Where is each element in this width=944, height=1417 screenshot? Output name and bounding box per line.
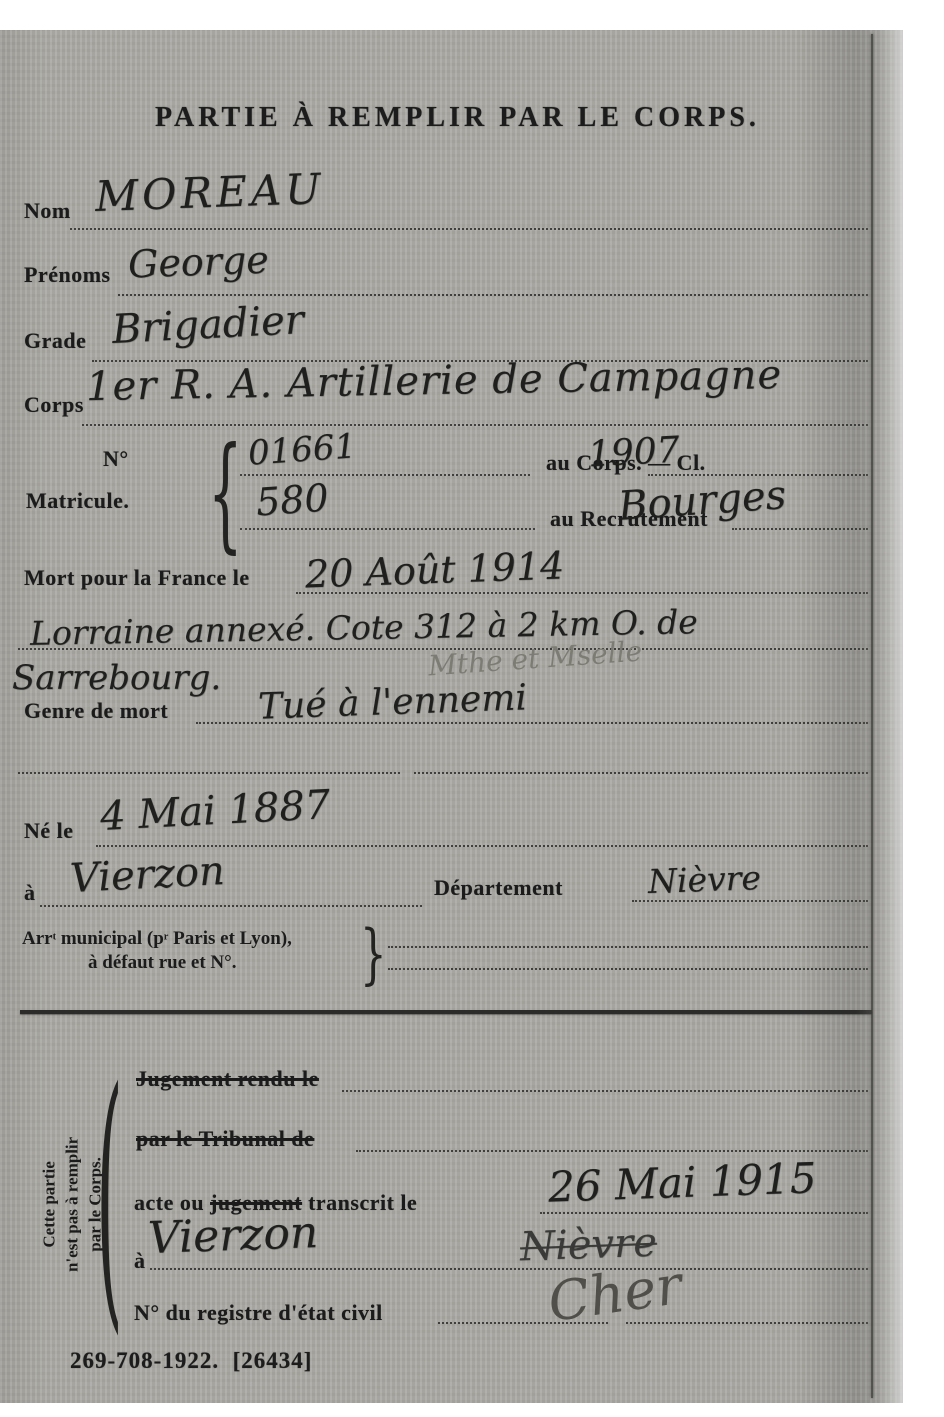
civil-a-label: à — [134, 1248, 146, 1274]
ne-a-dotted — [40, 905, 422, 907]
civil-a-dotted — [150, 1268, 868, 1270]
departement-label: Département — [434, 875, 563, 901]
matricule-corps-dotted — [240, 474, 530, 476]
prenoms-dotted-line — [118, 294, 868, 296]
matricule-label-no: N° — [103, 446, 129, 472]
matricule-label: Matricule. — [26, 488, 129, 514]
matricule-recrutement-dotted — [240, 528, 535, 530]
jugement-rendu-dotted — [342, 1090, 868, 1092]
registre-dotted-right — [626, 1322, 868, 1324]
transcrit-date-handwritten: 26 Mai 1915 — [547, 1153, 817, 1211]
matricule-corps-handwritten: 01661 — [247, 426, 358, 473]
tribunal-dotted — [356, 1150, 868, 1152]
prenoms-label: Prénoms — [24, 262, 111, 288]
genre-de-mort-label: Genre de mort — [24, 698, 168, 724]
registre-label: N° du registre d'état civil — [134, 1300, 383, 1326]
recrutement-lieu-dotted — [732, 528, 868, 530]
side-note-line1: Cette partie — [39, 1079, 62, 1329]
corps-dotted-line — [82, 424, 868, 426]
corps-label: Corps — [24, 392, 84, 418]
footer-bracket-number: [26434] — [233, 1348, 313, 1373]
prenoms-handwritten: George — [127, 238, 269, 287]
classe-handwritten: 1907 — [587, 430, 681, 476]
departement-handwritten: Nièvre — [647, 858, 761, 901]
mort-label: Mort pour la France le — [24, 565, 250, 591]
registre-dotted-left — [438, 1322, 608, 1324]
civil-a-handwritten: Vierzon — [147, 1207, 319, 1264]
empty-dotted-left — [18, 772, 400, 774]
transcrit-dotted — [540, 1212, 868, 1214]
footer-reference: 269-708-1922. [26434] — [70, 1348, 312, 1374]
ne-a-label: à — [24, 880, 36, 906]
scanned-death-record: PARTIE À REMPLIR PAR LE CORPS. Nom MOREA… — [0, 0, 944, 1417]
arr-municipal-brace: } — [360, 922, 387, 987]
nom-handwritten: MOREAU — [94, 164, 325, 221]
ne-a-handwritten: Vierzon — [69, 848, 226, 902]
arr-municipal-dotted1 — [388, 946, 868, 948]
form-title: PARTIE À REMPLIR PAR LE CORPS. — [155, 102, 760, 134]
ne-le-label: Né le — [24, 818, 74, 844]
side-note-line2: n'est pas à remplir — [62, 1079, 85, 1329]
jugement-rendu-label: Jugement rendu le — [136, 1066, 319, 1092]
page-edge-fade — [856, 30, 944, 1403]
matricule-brace: { — [208, 432, 243, 557]
section-divider-rule — [20, 1010, 872, 1014]
ne-le-dotted — [96, 845, 868, 847]
nom-label: Nom — [24, 198, 71, 224]
matricule-recrutement-handwritten: 580 — [255, 476, 330, 525]
tribunal-label: par le Tribunal de — [136, 1126, 314, 1152]
grade-label: Grade — [24, 328, 86, 354]
mort-date-handwritten: 20 Août 1914 — [304, 543, 565, 596]
civil-section-brace: ( — [96, 1058, 123, 1338]
empty-dotted-right — [414, 772, 868, 774]
arr-municipal-label-line2: à défaut rue et N°. — [88, 952, 236, 974]
mort-lieu-line2-handwritten: Sarrebourg. — [12, 658, 221, 698]
arr-municipal-label-line1: Arrt municipal (pr Paris et Lyon), — [22, 928, 292, 950]
arr-municipal-dotted2 — [388, 968, 868, 970]
page-edge-line — [871, 34, 873, 1398]
nom-dotted-line — [70, 228, 868, 230]
